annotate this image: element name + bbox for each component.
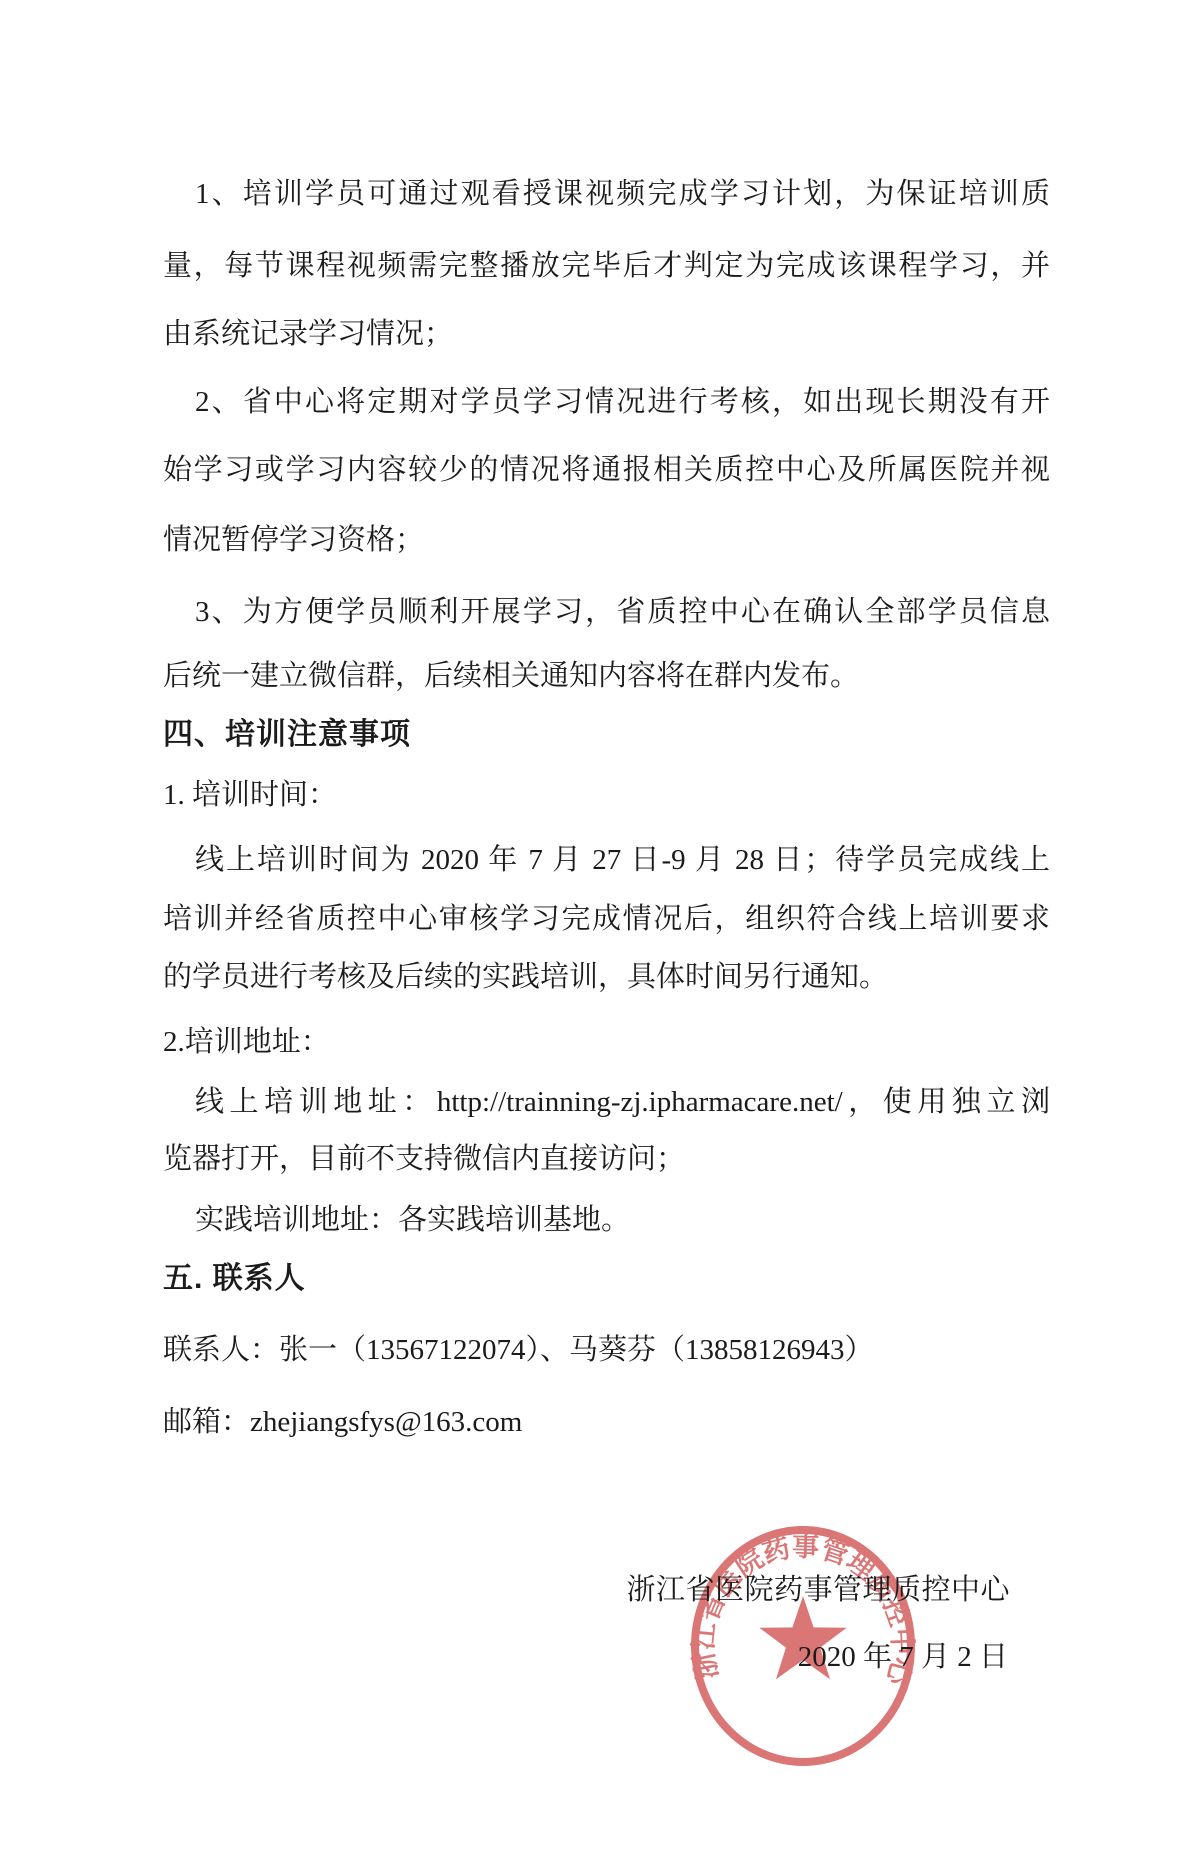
para1-line3: 由系统记录学习情况； <box>163 317 1050 351</box>
training-address-line2: 览器打开，目前不支持微信内直接访问； <box>163 1142 1050 1176</box>
para1-line2: 量，每节课程视频需完整播放完毕后才判定为完成该课程学习，并 <box>163 249 1050 283</box>
document-page: 1、培训学员可通过观看授课视频完成学习计划，为保证培训质 量，每节课程视频需完整… <box>0 0 1191 1860</box>
section-heading-4: 四、培训注意事项 <box>163 718 1050 752</box>
subitem-training-time: 1. 培训时间： <box>163 778 1050 812</box>
training-time-line3: 的学员进行考核及后续的实践培训，具体时间另行通知。 <box>163 960 1050 994</box>
practice-address-line: 实践培训地址：各实践培训基地。 <box>163 1203 1050 1237</box>
para3-line1: 3、为方便学员顺利开展学习，省质控中心在确认全部学员信息 <box>163 595 1050 629</box>
para1-line1: 1、培训学员可通过观看授课视频完成学习计划，为保证培训质 <box>163 177 1050 211</box>
section-heading-5: 五. 联系人 <box>163 1262 1050 1296</box>
para2-line2: 始学习或学习内容较少的情况将通报相关质控中心及所属医院并视 <box>163 453 1050 487</box>
subitem-training-address: 2.培训地址： <box>163 1025 1050 1059</box>
email-line: 邮箱：zhejiangsfys@163.com <box>163 1405 1050 1439</box>
para2-line3: 情况暂停学习资格； <box>163 523 1050 557</box>
training-time-line2: 培训并经省质控中心审核学习完成情况后，组织符合线上培训要求 <box>163 902 1050 936</box>
training-time-line1: 线上培训时间为 2020 年 7 月 27 日-9 月 28 日；待学员完成线上 <box>163 843 1050 877</box>
contact-line: 联系人：张一（13567122074）、马葵芬（13858126943） <box>163 1333 1050 1367</box>
para3-line2: 后统一建立微信群，后续相关通知内容将在群内发布。 <box>163 659 1050 693</box>
para2-line1: 2、省中心将定期对学员学习情况进行考核，如出现长期没有开 <box>163 385 1050 419</box>
training-address-line1: 线上培训地址：http://trainning-zj.ipharmacare.n… <box>163 1085 1050 1119</box>
signature-date: 2020 年 7 月 2 日 <box>798 1640 1008 1674</box>
signature-org: 浙江省医院药事管理质控中心 <box>626 1573 1010 1607</box>
